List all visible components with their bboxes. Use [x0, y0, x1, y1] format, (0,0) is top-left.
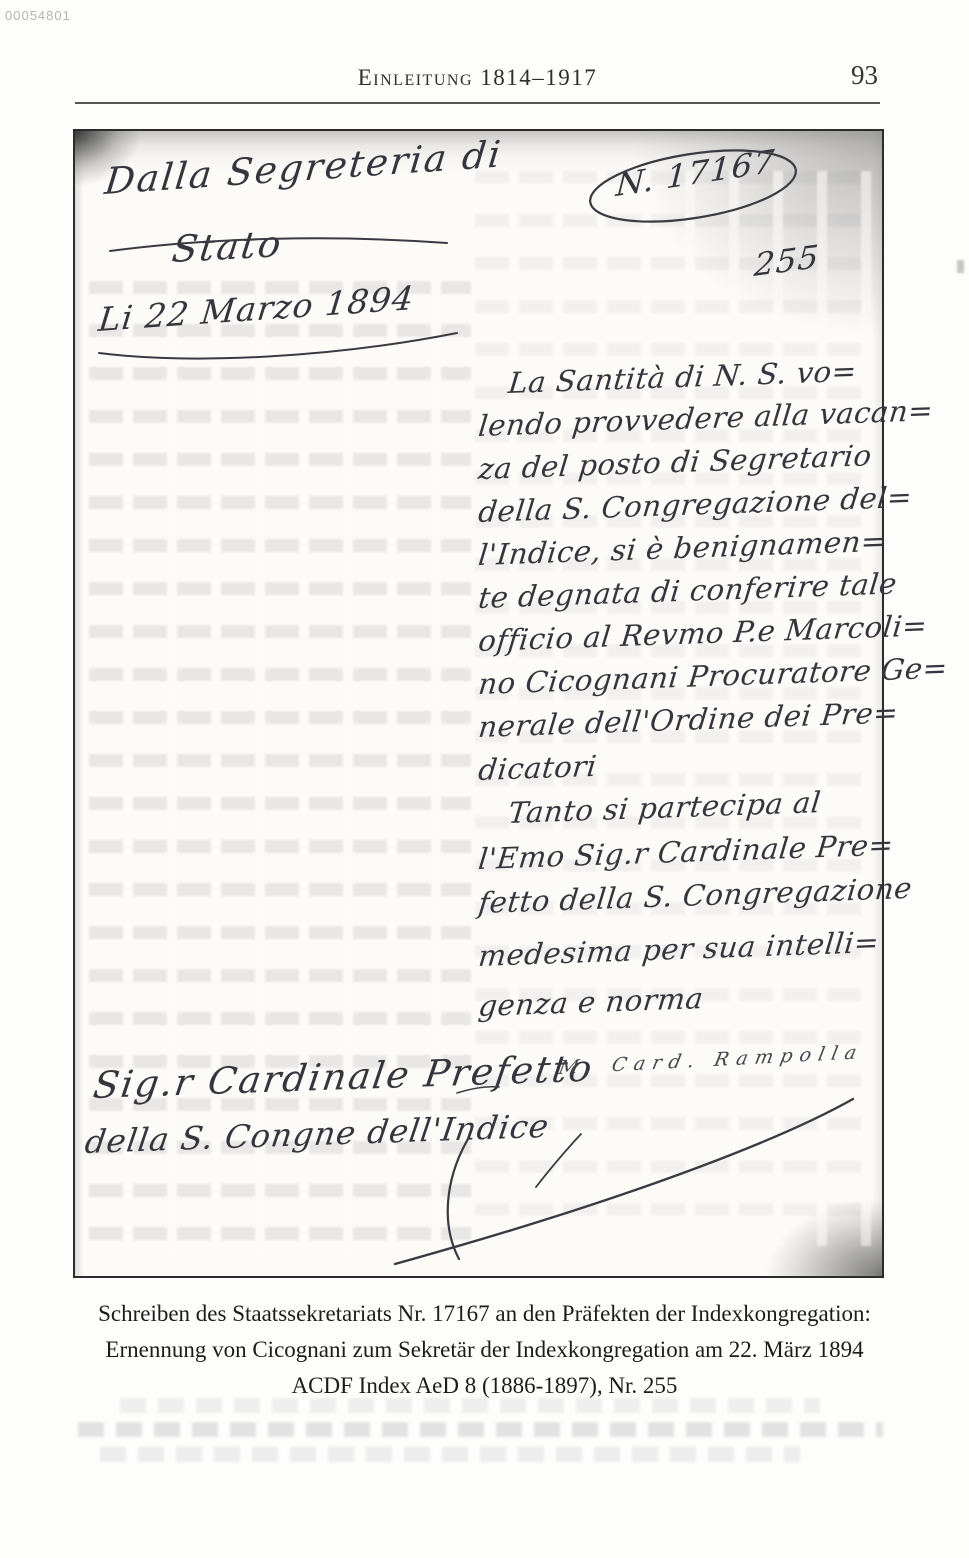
margin-mark [957, 260, 964, 273]
running-header-title: Einleitung 1814–1917 [75, 65, 880, 91]
page-number: 93 [851, 60, 878, 91]
letter-body-line: dicatori [477, 752, 598, 785]
bleed-through-row [78, 1422, 883, 1437]
running-header: Einleitung 1814–1917 93 [75, 60, 880, 102]
caption-line-2: Ernennung von Cicognani zum Sekretär der… [40, 1332, 929, 1368]
bleed-through-row [100, 1447, 800, 1462]
letterhead-line-1: Dalla Segreteria di [103, 136, 504, 200]
caption: Schreiben des Staatssekretariats Nr. 171… [40, 1296, 929, 1404]
bleed-through-row [120, 1398, 820, 1413]
caption-line-1: Schreiben des Staatssekretariats Nr. 171… [40, 1296, 929, 1332]
header-rule [75, 102, 880, 104]
facsimile-frame: Dalla Segreteria di Stato N. 17167 255 L… [73, 129, 884, 1278]
letterhead-line-2: Stato [170, 225, 285, 268]
letter-body-line: genza e norma [477, 984, 705, 1021]
registry-number: 255 [753, 240, 821, 281]
book-page: 00054801 Einleitung 1814–1917 93 Dalla S… [0, 0, 969, 1558]
scan-serial: 00054801 [5, 8, 71, 23]
